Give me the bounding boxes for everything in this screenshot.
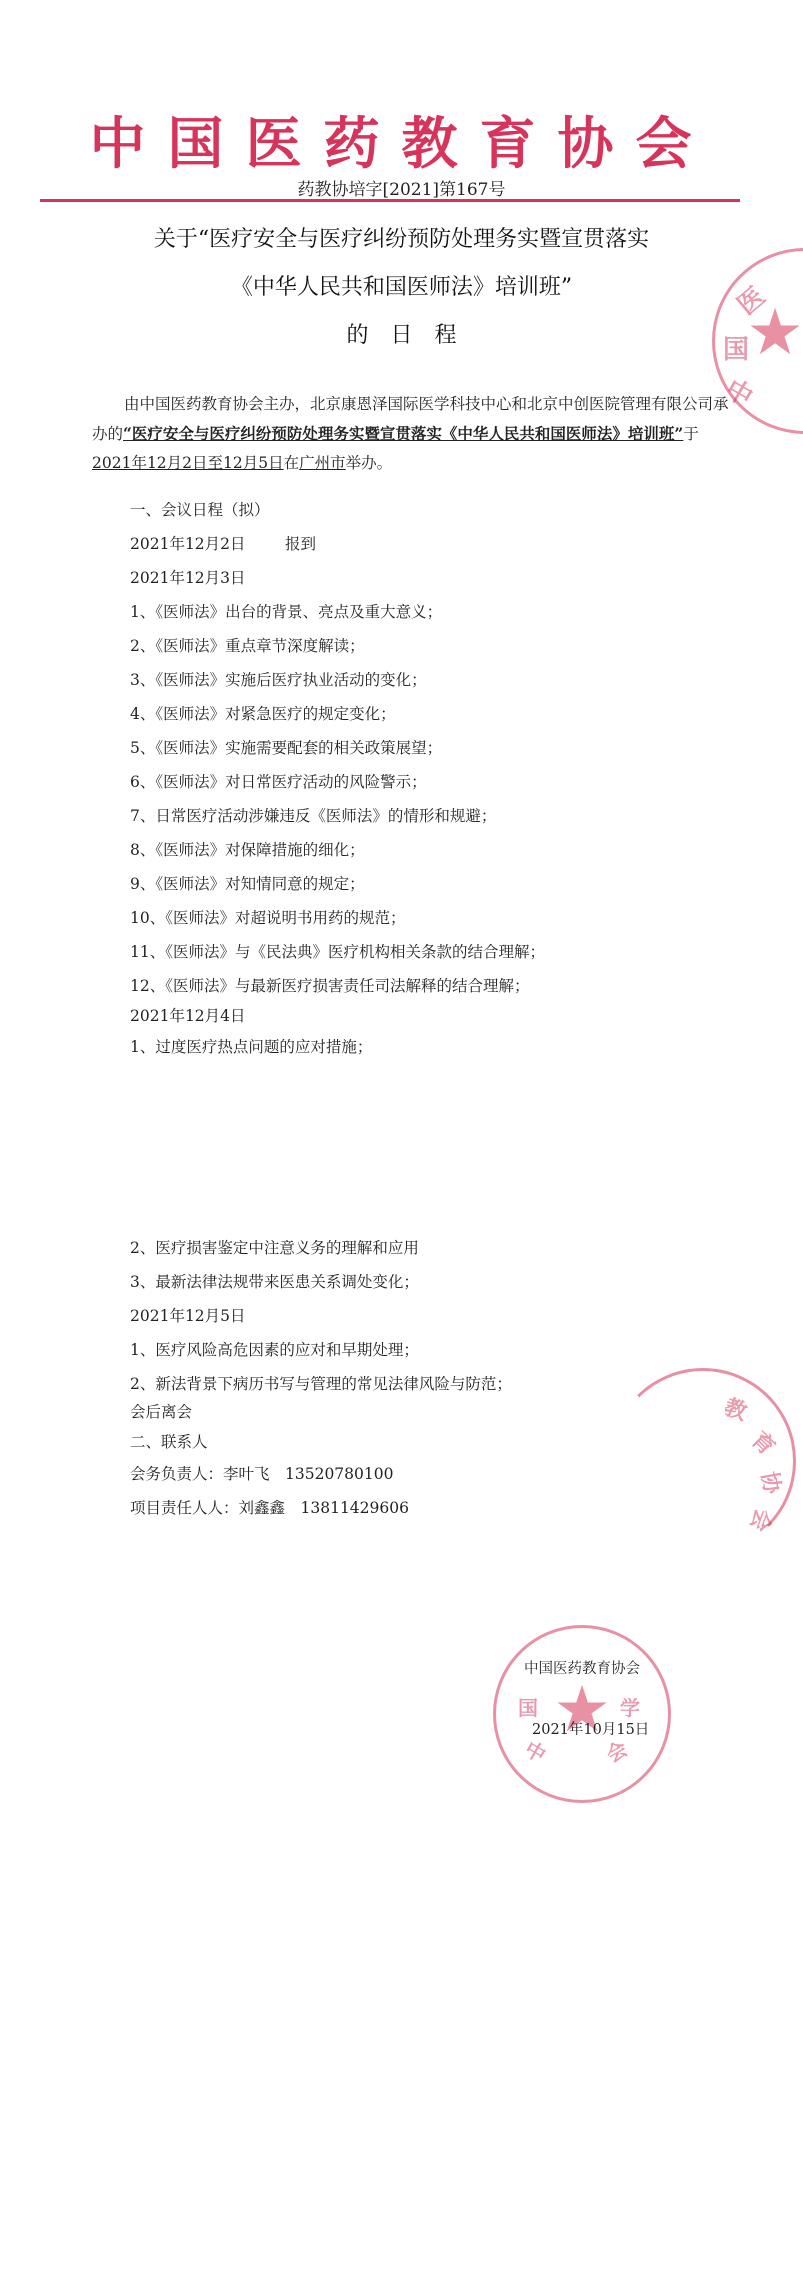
section-heading-contacts: 二、联系人 bbox=[130, 1430, 208, 1452]
seal-stamp-partial-middle: 教 育 协 会 bbox=[610, 1368, 796, 1554]
day2-item: 11、《医师法》与《民法典》医疗机构相关条款的结合理解； bbox=[130, 940, 545, 962]
day2-item: 3、《医师法》实施后医疗执业活动的变化； bbox=[130, 668, 427, 690]
seal-text: 教 bbox=[720, 1390, 751, 1427]
day2-item: 8、《医师法》对保障措施的细化； bbox=[130, 838, 365, 860]
day2-item: 6、《医师法》对日常医疗活动的风险警示； bbox=[130, 770, 427, 792]
day1-note: 报到 bbox=[285, 532, 316, 554]
intro-text: 于 bbox=[683, 425, 699, 443]
intro-text: 举办。 bbox=[346, 454, 393, 472]
day3-item: 2、医疗损害鉴定中注意义务的理解和应用 bbox=[130, 1236, 419, 1258]
day2-item: 10、《医师法》对超说明书用药的规范； bbox=[130, 906, 405, 928]
event-dates: 2021年12月2日至12月5日 bbox=[92, 454, 284, 472]
day2-item: 7、日常医疗活动涉嫌违反《医师法》的情形和规避； bbox=[130, 804, 496, 826]
seal-text: 协 bbox=[755, 1469, 789, 1496]
day2-item: 4、《医师法》对紧急医疗的规定变化； bbox=[130, 702, 396, 724]
day2-item: 1、《医师法》出台的背景、亮点及重大意义； bbox=[130, 600, 442, 622]
day2-date: 2021年12月3日 bbox=[130, 566, 246, 588]
section-heading-schedule: 一、会议日程（拟） bbox=[130, 498, 270, 520]
day3-item: 1、过度医疗热点问题的应对措施； bbox=[130, 1035, 372, 1057]
event-city: 广州市 bbox=[299, 454, 346, 472]
signature-date: 2021年10月15日 bbox=[532, 1718, 649, 1739]
document-number: 药教协培字[2021]第167号 bbox=[0, 175, 803, 200]
seal-text: 学 bbox=[620, 1692, 640, 1721]
seal-text: 国 bbox=[518, 1692, 538, 1721]
closing-note: 会后离会 bbox=[130, 1400, 192, 1422]
doc-title-line1: 关于“医疗安全与医疗纠纷预防处理务实暨宣贯落实 bbox=[0, 222, 803, 253]
contact-meeting-lead: 会务负责人：李叶飞 13520780100 bbox=[130, 1462, 393, 1484]
day2-item: 5、《医师法》实施需要配套的相关政策展望； bbox=[130, 736, 442, 758]
doc-title-line3: 的 日 程 bbox=[0, 318, 803, 349]
day2-item: 12、《医师法》与最新医疗损害责任司法解释的结合理解； bbox=[130, 974, 529, 996]
seal-text: 育 bbox=[745, 1424, 782, 1461]
day2-item: 2、《医师法》重点章节深度解读； bbox=[130, 634, 365, 656]
org-letterhead-title: 中国医药教育协会 bbox=[0, 100, 803, 180]
official-seal-stamp: ★ 国 学 中 会 bbox=[493, 1625, 671, 1803]
seal-text: 会 bbox=[744, 1505, 781, 1536]
intro-paragraph: 由中国医药教育协会主办，北京康恩泽国际医学科技中心和北京中创医院管理有限公司承办… bbox=[92, 390, 732, 478]
day3-date: 2021年12月4日 bbox=[130, 1004, 246, 1026]
signature-org: 中国医药教育协会 bbox=[524, 1657, 640, 1678]
contact-project-lead: 项目责任人人：刘鑫鑫 13811429606 bbox=[130, 1496, 409, 1518]
doc-title-line2: 《中华人民共和国医师法》培训班” bbox=[0, 270, 803, 301]
day1-date: 2021年12月2日 bbox=[130, 532, 246, 554]
day3-item: 3、最新法律法规带来医患关系调处变化； bbox=[130, 1270, 419, 1292]
day4-date: 2021年12月5日 bbox=[130, 1304, 246, 1326]
intro-text: 在 bbox=[284, 454, 300, 472]
header-divider bbox=[40, 199, 740, 202]
day4-item: 1、医疗风险高危因素的应对和早期处理； bbox=[130, 1338, 419, 1360]
event-name: “医疗安全与医疗纠纷预防处理务实暨宣贯落实《中华人民共和国医师法》培训班” bbox=[123, 424, 683, 443]
day2-item: 9、《医师法》对知情同意的规定； bbox=[130, 872, 365, 894]
day4-item: 2、新法背景下病历书写与管理的常见法律风险与防范； bbox=[130, 1372, 512, 1394]
